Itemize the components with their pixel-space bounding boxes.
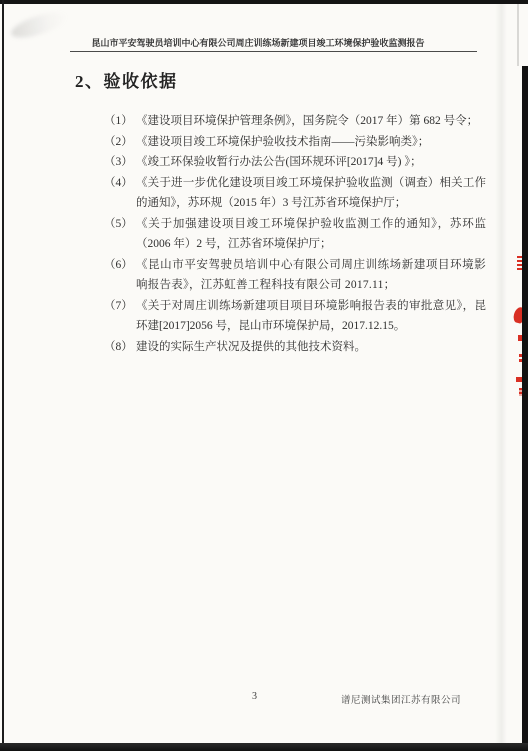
list-item-text: 《关于进一步优化建设项目竣工环境保护验收监测（调查）相关工作的通知》，苏环规（2… xyxy=(136,173,486,214)
list-item: （8） 建设的实际生产状况及提供的其他技术资料。 xyxy=(104,337,490,358)
list-item-number: （1） xyxy=(104,111,136,132)
scan-border-top xyxy=(0,0,528,4)
reference-list: （1） 《建设项目环境保护管理条例》，国务院令（2017 年）第 682 号令；… xyxy=(104,111,490,357)
list-item: （3） 《竣工环保验收暂行办法公告(国环规环评[2017]4 号) 》； xyxy=(104,152,490,173)
list-item: （2） 《建设项目竣工环境保护验收技术指南——污染影响类》； xyxy=(104,132,490,153)
scan-border-right xyxy=(522,66,528,743)
page-fold-shadow xyxy=(495,0,507,743)
list-item: （1） 《建设项目环境保护管理条例》，国务院令（2017 年）第 682 号令； xyxy=(104,111,490,132)
scan-border-bottom xyxy=(0,743,528,751)
list-item-text: 《建设项目环境保护管理条例》，国务院令（2017 年）第 682 号令； xyxy=(136,111,486,132)
list-item-number: （4） xyxy=(104,173,136,214)
section-title: 2、验收依据 xyxy=(75,67,178,92)
running-header: 昆山市平安驾驶员培训中心有限公司周庄训练场新建项目竣工环境保护验收监测报告 xyxy=(40,36,476,49)
list-item-text: 《建设项目竣工环境保护验收技术指南——污染影响类》； xyxy=(136,132,486,153)
list-item: （7） 《关于对周庄训练场新建项目项目环境影响报告表的审批意见》，昆环建[201… xyxy=(104,296,490,337)
list-item: （6） 《昆山市平安驾驶员培训中心有限公司周庄训练场新建项目环境影响报告表》，江… xyxy=(104,255,490,296)
list-item-number: （6） xyxy=(104,255,136,296)
list-item-text: 建设的实际生产状况及提供的其他技术资料。 xyxy=(136,337,486,358)
list-item-text: 《关于加强建设项目竣工环境保护验收监测工作的通知》，苏环监（2006 年）2 号… xyxy=(136,214,486,255)
header-divider xyxy=(70,51,477,52)
page-number: 3 xyxy=(252,691,257,702)
list-item-number: （8） xyxy=(104,337,136,358)
list-item-text: 《昆山市平安驾驶员培训中心有限公司周庄训练场新建项目环境影响报告表》，江苏虹善工… xyxy=(136,255,486,296)
footer-company-name: 谱尼测试集团江苏有限公司 xyxy=(341,692,461,706)
list-item: （5） 《关于加强建设项目竣工环境保护验收监测工作的通知》，苏环监（2006 年… xyxy=(104,214,490,255)
page-edge-line xyxy=(517,4,519,66)
scan-border-left xyxy=(2,0,4,748)
list-item-text: 《竣工环保验收暂行办法公告(国环规环评[2017]4 号) 》； xyxy=(136,152,486,173)
list-item-text: 《关于对周庄训练场新建项目项目环境影响报告表的审批意见》，昆环建[2017]20… xyxy=(136,296,486,337)
list-item-number: （7） xyxy=(104,296,136,337)
list-item-number: （5） xyxy=(104,214,136,255)
list-item: （4） 《关于进一步优化建设项目竣工环境保护验收监测（调查）相关工作的通知》，苏… xyxy=(104,173,490,214)
list-item-number: （2） xyxy=(104,132,136,153)
list-item-number: （3） xyxy=(104,152,136,173)
